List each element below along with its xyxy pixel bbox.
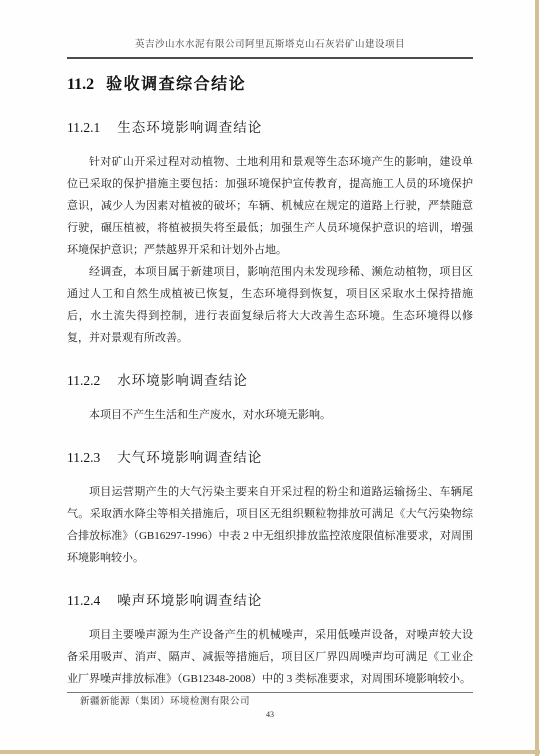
subsection-number: 11.2.4: [67, 593, 100, 608]
subsection-title: 噪声环境影响调查结论: [117, 593, 262, 608]
section-title: 验收调查综合结论: [106, 76, 246, 93]
header-project-title: 英吉沙山水水泥有限公司阿里瓦斯塔克山石灰岩矿山建设项目: [67, 0, 473, 51]
subsection-number: 11.2.3: [67, 450, 100, 465]
subsection-title: 水环境影响调查结论: [117, 373, 248, 388]
paragraph: 针对矿山开采过程对动植物、土地利用和景观等生态环境产生的影响，建设单位已采取的保…: [67, 151, 473, 261]
paragraph: 经调查，本项目属于新建项目，影响范围内未发现珍稀、濒危动植物，项目区通过人工和自…: [67, 261, 473, 349]
page-footer: 新疆新能源（集团）环境检测有限公司 43: [67, 692, 473, 720]
paragraph: 项目运营期产生的大气污染主要来自开采过程的粉尘和道路运输扬尘、车辆尾气。采取洒水…: [67, 481, 473, 569]
document-page: 英吉沙山水水泥有限公司阿里瓦斯塔克山石灰岩矿山建设项目 11.2验收调查综合结论…: [0, 0, 540, 756]
scan-background: { "header": { "title": "英吉沙山水水泥有限公司阿里瓦斯塔…: [0, 0, 540, 756]
subsection-heading-3: 11.2.3大气环境影响调查结论: [67, 448, 473, 468]
subsection-number: 11.2.1: [67, 120, 100, 135]
footer-rule: [67, 692, 473, 693]
page-content: 英吉沙山水水泥有限公司阿里瓦斯塔克山石灰岩矿山建设项目 11.2验收调查综合结论…: [0, 0, 540, 690]
subsection-title: 大气环境影响调查结论: [117, 450, 262, 465]
footer-company-name: 新疆新能源（集团）环境检测有限公司: [80, 696, 473, 708]
subsection-heading-2: 11.2.2水环境影响调查结论: [67, 371, 473, 391]
scan-edge-right: [535, 0, 539, 756]
header-rule: [67, 57, 473, 59]
subsection-number: 11.2.2: [67, 373, 100, 388]
subsection-heading-1: 11.2.1生态环境影响调查结论: [67, 118, 473, 138]
paragraph: 项目主要噪声源为生产设备产生的机械噪声，采用低噪声设备，对噪声较大设备采用吸声、…: [67, 624, 473, 690]
paragraph: 本项目不产生生活和生产废水，对水环境无影响。: [67, 404, 473, 426]
section-heading: 11.2验收调查综合结论: [67, 74, 473, 96]
page-number: 43: [67, 710, 473, 720]
section-number: 11.2: [67, 76, 94, 93]
subsection-heading-4: 11.2.4噪声环境影响调查结论: [67, 591, 473, 611]
subsection-title: 生态环境影响调查结论: [117, 120, 262, 135]
scan-edge-bottom: [0, 750, 540, 754]
